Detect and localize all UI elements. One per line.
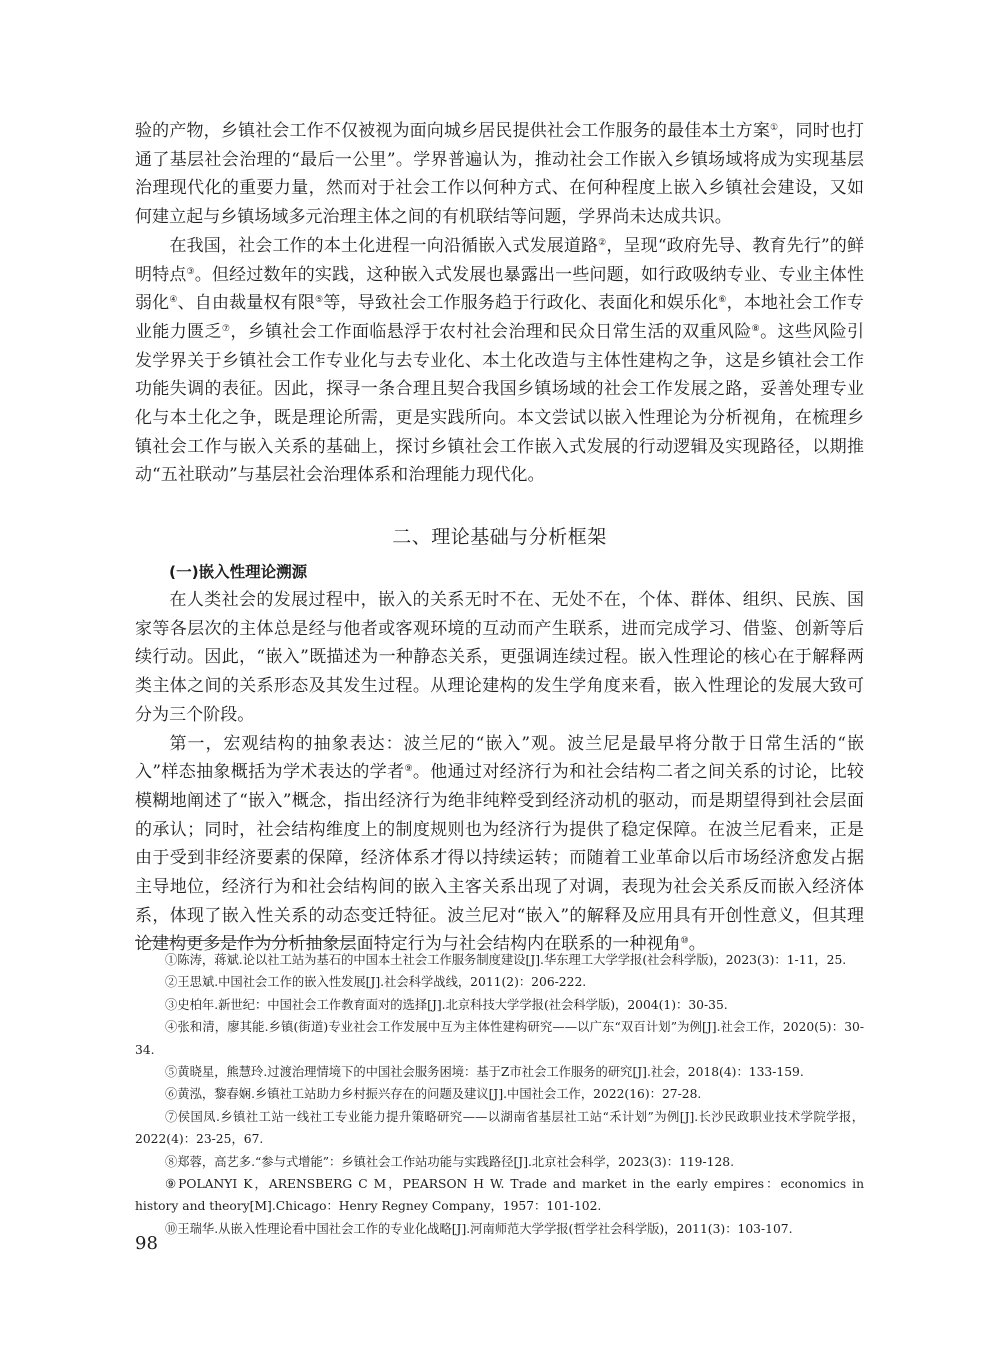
footnote-ref[interactable]: ③ [187, 267, 195, 277]
footnote-divider [135, 940, 355, 941]
paragraph: 验的产物，乡镇社会工作不仅被视为面向城乡居民提供社会工作服务的最佳本土方案①，同… [135, 117, 864, 232]
footnote-6: ⑥黄泓，黎春娴.乡镇社工站助力乡村振兴存在的问题及建议[J].中国社会工作，20… [135, 1083, 864, 1105]
body-text-part1: 验的产物，乡镇社会工作不仅被视为面向城乡居民提供社会工作服务的最佳本土方案①，同… [135, 117, 864, 490]
footnote-ref[interactable]: ⑩ [681, 936, 689, 946]
footnote-1: ①陈涛，蒋斌.论以社工站为基石的中国本土社会工作服务制度建设[J].华东理工大学… [135, 949, 864, 971]
footnote-2: ②王思斌.中国社会工作的嵌入性发展[J].社会科学战线，2011(2)：206-… [135, 971, 864, 993]
footnote-ref[interactable]: ⑨ [404, 764, 412, 774]
footnote-ref[interactable]: ④ [169, 295, 177, 305]
paragraph: 在我国，社会工作的本土化进程一向沿循嵌入式发展道路②，呈现“政府先导、教育先行”… [135, 232, 864, 490]
footnote-7: ⑦侯国凤.乡镇社工站一线社工专业能力提升策略研究——以湖南省基层社工站“禾计划”… [135, 1106, 864, 1151]
paragraph-text: 。这些风险引发学界关于乡镇社会工作专业化与去专业化、本土化改造与主体性建构之争，… [135, 322, 864, 486]
paragraph-text: 验的产物，乡镇社会工作不仅被视为面向城乡居民提供社会工作服务的最佳本土方案 [135, 121, 770, 141]
section-title: 二、理论基础与分析框架 [135, 522, 864, 549]
paragraph-text: 在我国，社会工作的本土化进程一向沿循嵌入式发展道路 [170, 236, 599, 256]
footnote-ref[interactable]: ⑧ [752, 324, 760, 334]
footnote-ref[interactable]: ⑥ [718, 295, 726, 305]
footnote-9: ⑨POLANYI K，ARENSBERG C M，PEARSON H W. Tr… [135, 1173, 864, 1218]
footnotes: ①陈涛，蒋斌.论以社工站为基石的中国本土社会工作服务制度建设[J].华东理工大学… [135, 949, 864, 1240]
footnote-10: ⑩王瑞华.从嵌入性理论看中国社会工作的专业化战略[J].河南师范大学学报(哲学社… [135, 1218, 864, 1240]
paragraph-text: 。他通过对经济行为和社会结构二者之间关系的讨论，比较模糊地阐述了“嵌入”概念，指… [135, 762, 864, 954]
body-text-part2: 在人类社会的发展过程中，嵌入的关系无时不在、无处不在，个体、群体、组织、民族、国… [135, 586, 864, 959]
footnote-8: ⑧郑蓉，高艺多.“参与式增能”：乡镇社会工作站功能与实践路径[J].北京社会科学… [135, 1151, 864, 1173]
paragraph-text: 、自由裁量权有限 [178, 293, 315, 313]
paragraph: 在人类社会的发展过程中，嵌入的关系无时不在、无处不在，个体、群体、组织、民族、国… [135, 586, 864, 730]
footnote-4: ④张和清，廖其能.乡镇(街道)专业社会工作发展中互为主体性建构研究——以广东“双… [135, 1016, 864, 1061]
subsection-title: (一)嵌入性理论溯源 [169, 560, 307, 582]
paragraph-text: 等，导致社会工作服务趋于行政化、表面化和娱乐化 [323, 293, 718, 313]
paragraph: 第一，宏观结构的抽象表达：波兰尼的“嵌入”观。波兰尼是最早将分散于日常生活的“嵌… [135, 730, 864, 960]
page-number: 98 [135, 1233, 158, 1254]
paragraph-text: ，乡镇社会工作面临悬浮于农村社会治理和民众日常生活的双重风险 [230, 322, 751, 342]
footnote-5: ⑤黄晓星，熊慧玲.过渡治理情境下的中国社会服务困境：基于Z市社会工作服务的研究[… [135, 1061, 864, 1083]
paragraph-text: 在人类社会的发展过程中，嵌入的关系无时不在、无处不在，个体、群体、组织、民族、国… [135, 590, 864, 725]
footnote-3: ③史柏年.新世纪：中国社会工作教育面对的选择[J].北京科技大学学报(社会科学版… [135, 994, 864, 1016]
